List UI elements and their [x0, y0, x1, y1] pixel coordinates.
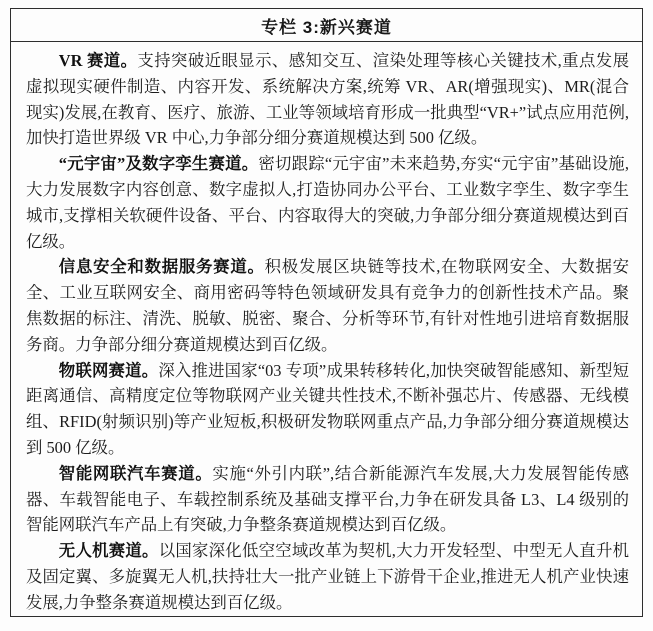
- paragraph-metaverse-lead: “元宇宙”及数字孪生赛道。: [59, 154, 259, 173]
- document-page: 专栏 3:新兴赛道 VR 赛道。支持突破近眼显示、感知交互、渲染处理等核心关键技…: [0, 0, 653, 631]
- column-title: 专栏 3:新兴赛道: [11, 9, 642, 42]
- paragraph-vr: VR 赛道。支持突破近眼显示、感知交互、渲染处理等核心关键技术,重点发展虚拟现实…: [26, 48, 629, 151]
- paragraph-icv-lead: 智能网联汽车赛道。: [59, 464, 213, 483]
- column-body: VR 赛道。支持突破近眼显示、感知交互、渲染处理等核心关键技术,重点发展虚拟现实…: [11, 42, 642, 616]
- paragraph-vr-lead: VR 赛道。: [59, 51, 138, 70]
- paragraph-infosec-lead: 信息安全和数据服务赛道。: [59, 257, 265, 276]
- paragraph-drone-lead: 无人机赛道。: [59, 541, 159, 560]
- paragraph-icv: 智能网联汽车赛道。实施“外引内联”,结合新能源汽车发展,大力发展智能传感器、车载…: [26, 461, 629, 538]
- paragraph-infosec: 信息安全和数据服务赛道。积极发展区块链等技术,在物联网安全、大数据安全、工业互联…: [26, 254, 629, 357]
- paragraph-iot: 物联网赛道。深入推进国家“03 专项”成果转移转化,加快突破智能感知、新型短距离…: [26, 358, 629, 461]
- paragraph-drone: 无人机赛道。以国家深化低空空域改革为契机,大力开发轻型、中型无人直升机及固定翼、…: [26, 538, 629, 615]
- paragraph-metaverse: “元宇宙”及数字孪生赛道。密切跟踪“元宇宙”未来趋势,夯实“元宇宙”基础设施,大…: [26, 151, 629, 254]
- column-box: 专栏 3:新兴赛道 VR 赛道。支持突破近眼显示、感知交互、渲染处理等核心关键技…: [10, 8, 643, 617]
- paragraph-iot-lead: 物联网赛道。: [59, 361, 159, 380]
